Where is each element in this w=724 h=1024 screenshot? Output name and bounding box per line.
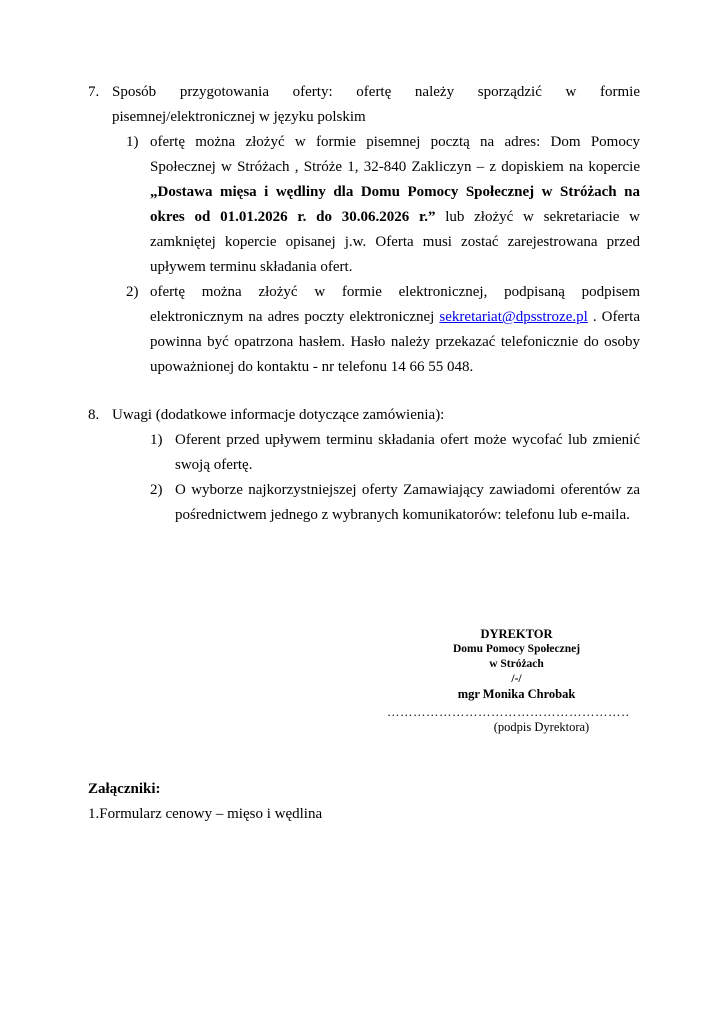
email-link[interactable]: sekretariat@dpsstroze.pl [439,309,587,325]
signature-person-name: mgr Monika Chrobak [396,687,637,703]
list-item-8: 8. Uwagi (dodatkowe informacje dotyczące… [88,403,640,528]
item-7-sub-2-number: 2) [126,280,150,380]
item-8-sub-2: 2) O wyborze najkorzystniejszej oferty Z… [150,478,640,528]
item-8-sub-1-text: Oferent przed upływem terminu składania … [175,428,640,478]
item-8-sub-1-number: 1) [150,428,175,478]
attachments-heading: Załączniki: [88,777,640,802]
item-8-sub-2-text: O wyborze najkorzystniejszej oferty Zama… [175,478,640,528]
item-8-number: 8. [88,403,112,528]
attachment-item-1: 1.Formularz cenowy – mięso i wędlina [88,802,640,827]
document-page: 7. Sposób przygotowania oferty: ofertę n… [0,0,724,1024]
item-7-sub-2-text: ofertę można złożyć w formie elektronicz… [150,280,640,380]
document-body: 7. Sposób przygotowania oferty: ofertę n… [88,80,640,528]
item-8-intro: Uwagi (dodatkowe informacje dotyczące za… [112,403,640,428]
signature-caption: (podpis Dyrektora) [421,720,662,734]
signature-dotted-line: …………………………………………………………………… [387,705,628,720]
item-7-sub-2: 2) ofertę można złożyć w formie elektron… [126,280,640,380]
signature-org-line-1: Domu Pomocy Społecznej [396,642,637,657]
item-7-sub-1-number: 1) [126,130,150,280]
item-7-intro: Sposób przygotowania oferty: ofertę nale… [112,80,640,130]
signature-title: DYREKTOR [396,626,637,642]
item-8-content: Uwagi (dodatkowe informacje dotyczące za… [112,403,640,528]
signature-org-line-2: w Stróżach [396,657,637,672]
sub-1-text-before-bold: ofertę można złożyć w formie pisemnej po… [150,134,640,175]
item-8-sub-2-number: 2) [150,478,175,528]
signature-initials: /-/ [396,672,637,687]
item-7-sub-1: 1) ofertę można złożyć w formie pisemnej… [126,130,640,280]
signature-block: DYREKTOR Domu Pomocy Społecznej w Stróża… [387,626,628,734]
item-7-content: Sposób przygotowania oferty: ofertę nale… [112,80,640,380]
attachments-section: Załączniki: 1.Formularz cenowy – mięso i… [88,777,640,826]
item-8-sub-1: 1) Oferent przed upływem terminu składan… [150,428,640,478]
signature-names: DYREKTOR Domu Pomocy Społecznej w Stróża… [396,626,637,703]
item-7-number: 7. [88,80,112,380]
item-7-sub-1-text: ofertę można złożyć w formie pisemnej po… [150,130,640,280]
list-item-7: 7. Sposób przygotowania oferty: ofertę n… [88,80,640,380]
